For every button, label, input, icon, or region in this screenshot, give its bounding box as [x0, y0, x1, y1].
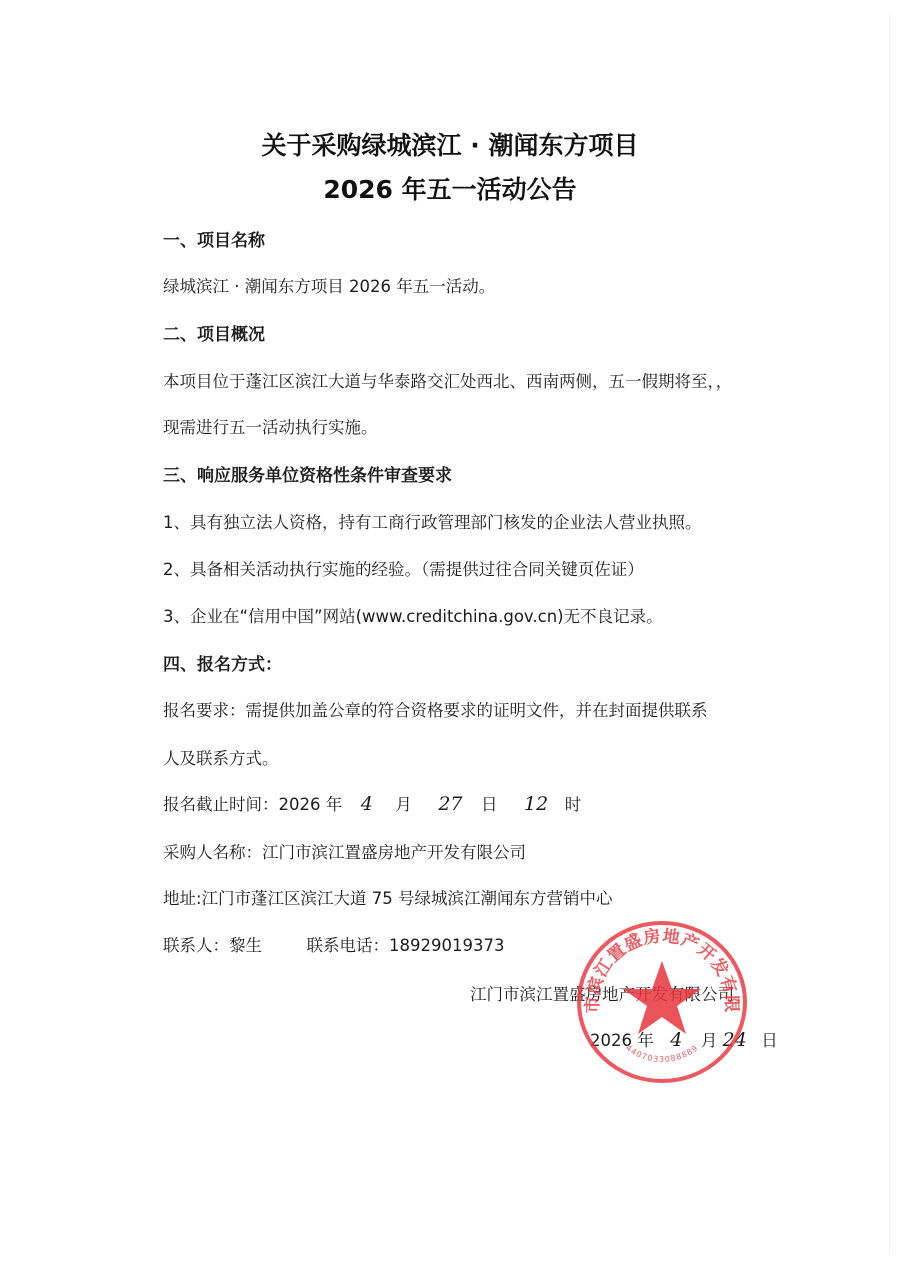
contact-phone: 联系电话：18929019373	[307, 936, 505, 955]
overview-text-line-2: 现需进行五一活动执行实施。	[163, 414, 378, 438]
overview-text-line-1: 本项目位于蓬江区滨江大道与华泰路交汇处西北、西南两侧，五一假期将至，，	[163, 368, 732, 392]
project-name-text: 绿城滨江 · 潮闻东方项目 2026 年五一活动。	[163, 273, 495, 297]
purchaser-address: 地址:江门市蓬江区滨江大道 75 号绿城滨江潮闻东方营销中心	[163, 885, 613, 909]
deadline-month-unit: 月	[395, 795, 412, 814]
purchaser-contact: 联系人：黎生 联系电话：18929019373	[163, 932, 504, 956]
document-title-line-2: 2026 年五一活动公告	[0, 170, 900, 206]
signature-date-day-unit: 日	[761, 1031, 778, 1050]
section-heading-project-name: 一、项目名称	[163, 226, 265, 251]
deadline-hour-handwritten: 12	[524, 793, 548, 815]
registration-deadline: 报名截止时间：2026 年 4 月 27 日 12 时	[163, 791, 581, 815]
seal-star-icon	[623, 961, 701, 1034]
registration-requirement-line-2: 人及联系方式。	[163, 745, 279, 769]
document-title-line-1: 关于采购绿城滨江 · 潮闻东方项目	[0, 126, 900, 162]
deadline-label: 报名截止时间：2026 年	[163, 795, 342, 814]
section-heading-project-overview: 二、项目概况	[163, 320, 265, 345]
section-heading-registration: 四、报名方式：	[163, 650, 282, 675]
svg-text:4407033088889: 4407033088889	[624, 1043, 700, 1064]
deadline-hour-unit: 时	[565, 795, 582, 814]
company-seal-stamp: 江门市滨江置盛房地产开发有限公司 4407033088889	[573, 917, 751, 1087]
qualification-item-1: 1、具有独立法人资格，持有工商行政管理部门核发的企业法人营业执照。	[163, 509, 702, 533]
contact-person: 联系人：黎生	[163, 936, 262, 955]
deadline-day-handwritten: 27	[438, 793, 462, 815]
seal-number-text: 4407033088889	[624, 1043, 700, 1064]
section-heading-qualification: 三、响应服务单位资格性条件审查要求	[163, 461, 452, 486]
registration-requirement-line-1: 报名要求：需提供加盖公章的符合资格要求的证明文件，并在封面提供联系	[163, 697, 708, 721]
purchaser-name: 采购人名称：江门市滨江置盛房地产开发有限公司	[163, 839, 526, 863]
qualification-item-3: 3、企业在“信用中国”网站(www.creditchina.gov.cn)无不良…	[163, 603, 663, 627]
deadline-day-unit: 日	[481, 795, 498, 814]
deadline-month-handwritten: 4	[361, 793, 373, 815]
qualification-item-2: 2、具备相关活动执行实施的经验。（需提供过往合同关键页佐证）	[163, 556, 644, 580]
